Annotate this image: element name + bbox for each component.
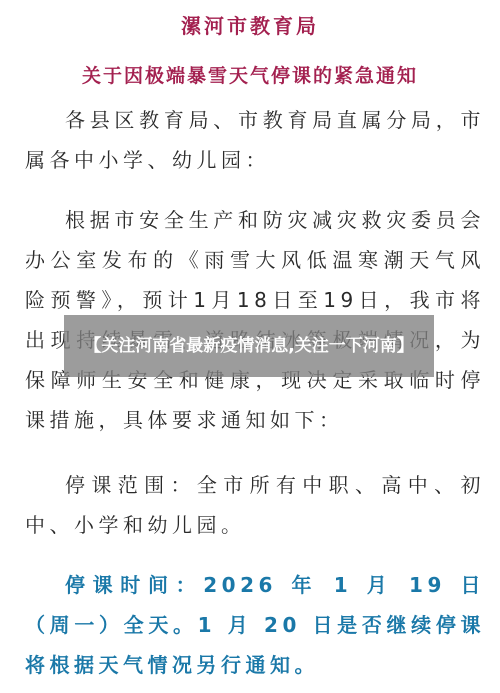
notice-document: 漯河市教育局 关于因极端暴雪天气停课的紧急通知 各县区教育局、市教育局直属分局，… <box>0 0 500 693</box>
overlay-headline-text: 【关注河南省最新疫情消息,关注一下河南】 <box>69 335 429 357</box>
notice-title: 关于因极端暴雪天气停课的紧急通知 <box>0 62 500 90</box>
suspension-time-paragraph: 停课时间：2026 年 1 月 19 日（周一）全天。1 月 20 日是否继续停… <box>25 565 485 685</box>
headline-overlay-banner[interactable]: 【关注河南省最新疫情消息,关注一下河南】 <box>64 315 434 377</box>
suspension-scope-paragraph: 停课范围：全市所有中职、高中、初中、小学和幼儿园。 <box>25 465 485 545</box>
organization-title: 漯河市教育局 <box>0 12 500 40</box>
salutation-paragraph: 各县区教育局、市教育局直属分局，市属各中小学、幼儿园： <box>25 100 485 180</box>
